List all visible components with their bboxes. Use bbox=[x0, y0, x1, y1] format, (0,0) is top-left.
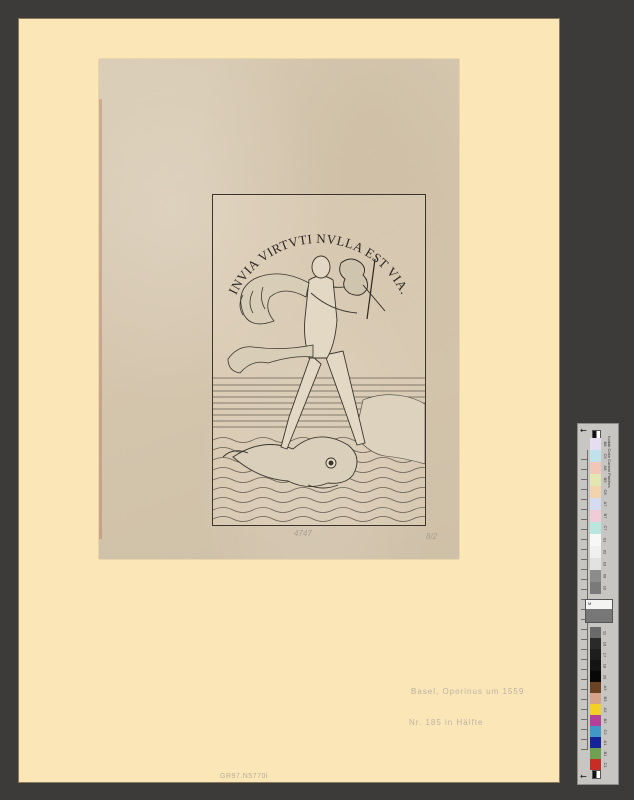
top-color-swatches: B8C9A8B9C8A7B7C70102030910 bbox=[590, 438, 601, 594]
woodcut-image-frame: INVIA VIRTVTI NVLLA EST VIA. bbox=[212, 194, 426, 526]
catalog-note-line-1: Basel, Oporinus um 1559 bbox=[411, 687, 524, 696]
swatch-label: A1 bbox=[603, 740, 608, 745]
swatch-label: C9 bbox=[603, 453, 608, 458]
swatch-label: 16 bbox=[603, 641, 608, 645]
swatch-label: 11 bbox=[603, 630, 608, 634]
arrow-down-icon: ← bbox=[580, 772, 587, 781]
swatch-label: 01 bbox=[603, 538, 608, 542]
color-swatch: 01 bbox=[590, 534, 601, 546]
swatch-label: 10 bbox=[603, 586, 608, 590]
color-swatch: B9 bbox=[590, 474, 601, 486]
arrow-up-icon: ← bbox=[580, 426, 587, 435]
catalog-note-line-2: Nr. 185 in Hälfte bbox=[409, 718, 483, 727]
swatch-label: C7 bbox=[603, 525, 608, 530]
color-swatch: B2 bbox=[590, 715, 601, 726]
swatch-label: 02 bbox=[603, 550, 608, 554]
swatch-label: 20 bbox=[603, 674, 608, 678]
swatch-label: B8 bbox=[603, 442, 608, 447]
inventory-number: GR97.N5770i bbox=[220, 773, 268, 780]
color-swatch: 02 bbox=[590, 546, 601, 558]
swatch-label: A8 bbox=[603, 466, 608, 471]
woodcut-print-sheet: INVIA VIRTVTI NVLLA EST VIA. bbox=[99, 59, 459, 559]
cream-mount-board: INVIA VIRTVTI NVLLA EST VIA. bbox=[19, 19, 559, 782]
color-swatch: 20 bbox=[590, 671, 601, 682]
swatch-label: B1 bbox=[603, 751, 608, 756]
swatch-label: 17 bbox=[603, 652, 608, 656]
swatch-label: C2 bbox=[603, 729, 608, 734]
color-swatch: A2 bbox=[590, 704, 601, 715]
color-swatch: A7 bbox=[590, 498, 601, 510]
swatch-label: B9 bbox=[603, 478, 608, 483]
swatch-label: B2 bbox=[603, 718, 608, 723]
color-swatch: 10 bbox=[590, 582, 601, 594]
gray-step-label: M bbox=[588, 601, 591, 606]
color-swatch: 18 bbox=[590, 660, 601, 671]
swatch-label: 03 bbox=[603, 562, 608, 566]
color-swatch: A1 bbox=[590, 737, 601, 748]
color-swatch: C7 bbox=[590, 522, 601, 534]
color-swatch: C1 bbox=[590, 759, 601, 770]
gray-step-patch: M bbox=[585, 599, 613, 623]
color-swatch: A8 bbox=[590, 462, 601, 474]
swatch-label: A7 bbox=[603, 502, 608, 507]
bottom-color-swatches: 1116171820A3B3A2B2C2A1B1C1 bbox=[590, 627, 601, 770]
pencil-number-center: 4747 bbox=[294, 529, 312, 538]
color-swatch: 09 bbox=[590, 570, 601, 582]
color-calibration-chart: ← Kodak Color Control Patches B8C9A8B9C8… bbox=[577, 423, 619, 785]
color-swatch: B7 bbox=[590, 510, 601, 522]
color-swatch: 16 bbox=[590, 638, 601, 649]
color-swatch: B3 bbox=[590, 693, 601, 704]
swatch-label: A2 bbox=[603, 707, 608, 712]
color-swatch: C9 bbox=[590, 450, 601, 462]
color-swatch: A3 bbox=[590, 682, 601, 693]
color-swatch: C2 bbox=[590, 726, 601, 737]
swatch-label: C8 bbox=[603, 489, 608, 494]
swatch-label: A3 bbox=[603, 685, 608, 690]
color-swatch: 11 bbox=[590, 627, 601, 638]
color-swatch: 17 bbox=[590, 649, 601, 660]
black-white-marker-bottom bbox=[592, 770, 601, 779]
color-swatch: 03 bbox=[590, 558, 601, 570]
swatch-label: 09 bbox=[603, 574, 608, 578]
color-swatch: C8 bbox=[590, 486, 601, 498]
woodcut-illustration bbox=[213, 195, 425, 525]
swatch-label: B7 bbox=[603, 514, 608, 519]
sheet-edge-stain bbox=[99, 99, 102, 539]
swatch-label: B3 bbox=[603, 696, 608, 701]
swatch-label: 18 bbox=[603, 663, 608, 667]
color-swatch: B1 bbox=[590, 748, 601, 759]
color-swatch: B8 bbox=[590, 438, 601, 450]
swatch-label: C1 bbox=[603, 762, 608, 767]
pencil-number-right: 8/2 bbox=[426, 532, 437, 541]
